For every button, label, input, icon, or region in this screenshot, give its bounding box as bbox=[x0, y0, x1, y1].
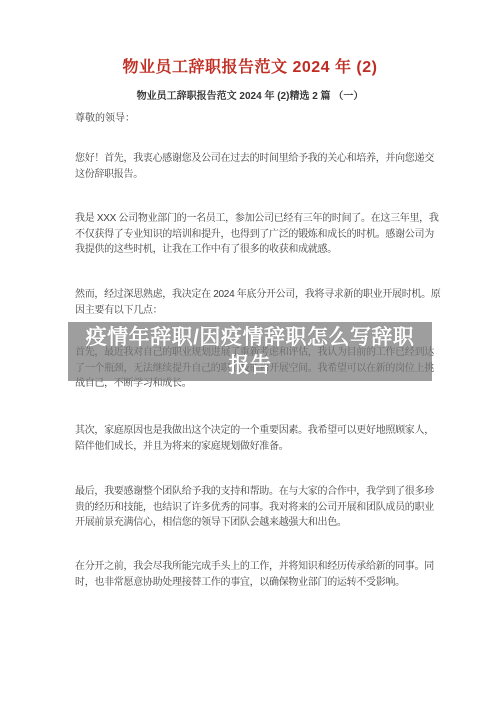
paragraph-reason-second: 其次，家庭原因也是我做出这个决定的一个重要因素。我希望可以更好地照顾家人， 陪伴… bbox=[75, 423, 495, 454]
paragraph-thanks: 最后，我要感谢整个团队给予我的支持和帮助。在与大家的合作中，我学到了很多珍 贵的… bbox=[75, 484, 495, 531]
paragraph-decision: 然而，经过深思熟虑，我决定在 2024 年底分开公司，我将寻求新的职业开展时机。… bbox=[75, 287, 495, 318]
document-subtitle: 物业员工辞职报告范文 2024 年 (2)精选 2 篇 （一） bbox=[0, 90, 500, 104]
paragraph-background: 我是 XXX 公司物业部门的一名员工，参加公司已经有三年的时间了。在这三年里，我… bbox=[75, 211, 495, 258]
paragraph-handover: 在分开之前，我会尽我所能完成手头上的工作，并将知识和经历传承给新的同事。同 时，… bbox=[75, 559, 495, 590]
watermark-text: 疫情年辞职/因疫情辞职怎么写辞职 报告 bbox=[68, 324, 432, 380]
document-page: 物业员工辞职报告范文 2024 年 (2) 物业员工辞职报告范文 2024 年 … bbox=[0, 0, 500, 706]
greeting-line: 尊敬的领导： bbox=[75, 111, 135, 127]
document-title: 物业员工辞职报告范文 2024 年 (2) bbox=[0, 58, 500, 78]
watermark-banner: 疫情年辞职/因疫情辞职怎么写辞职 报告 bbox=[68, 322, 432, 381]
paragraph-intro: 您好！首先，我衷心感谢您及公司在过去的时间里给予我的关心和培养，并向您递交 这份… bbox=[75, 151, 495, 182]
